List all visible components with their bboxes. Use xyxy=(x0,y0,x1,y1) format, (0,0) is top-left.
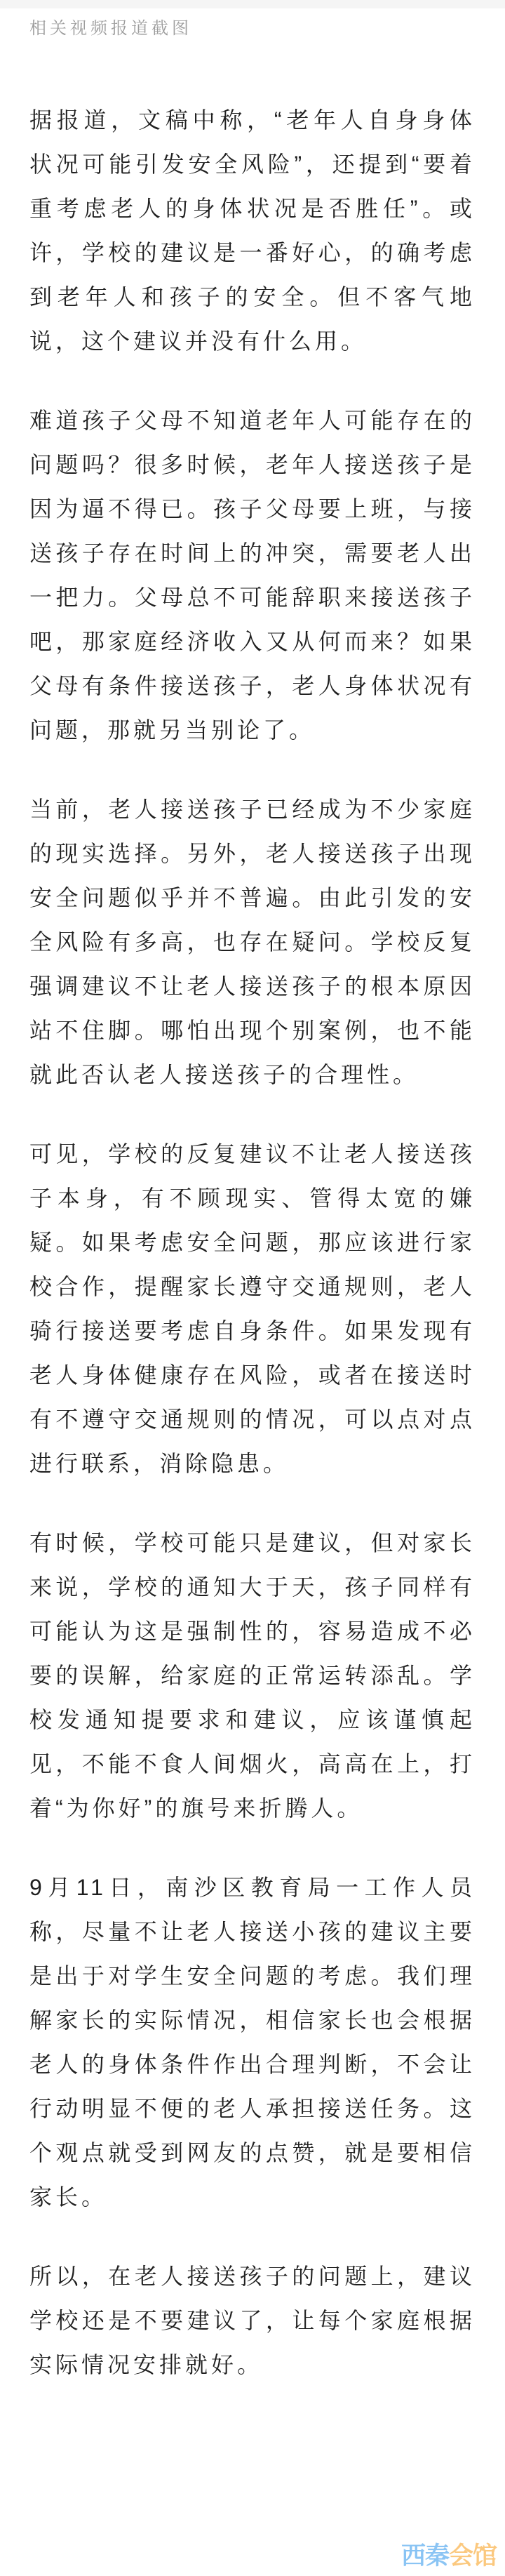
watermark: 西秦会馆 xyxy=(401,2537,497,2572)
image-bottom-edge xyxy=(0,0,505,8)
article-paragraph: 所以，在老人接送孩子的问题上，建议学校还是不要建议了，让每个家庭根据实际情况安排… xyxy=(29,2255,476,2387)
article-paragraph: 当前，老人接送孩子已经成为不少家庭的现实选择。另外，老人接送孩子出现安全问题似乎… xyxy=(29,788,476,1097)
watermark-text-xiqin: 西秦 xyxy=(401,2542,449,2570)
article-paragraph: 9月11日，南沙区教育局一工作人员称，尽量不让老人接送小孩的建议主要是出于对学生… xyxy=(29,1866,476,2219)
article-body: 据报道，文稿中称，“老年人自身身体状况可能引发安全风险”，还提到“要着重考虑老人… xyxy=(0,39,505,2387)
article-paragraph: 有时候，学校可能只是建议，但对家长来说，学校的通知大于天，孩子同样有可能认为这是… xyxy=(29,1521,476,1831)
article-paragraph: 据报道，文稿中称，“老年人自身身体状况可能引发安全风险”，还提到“要着重考虑老人… xyxy=(29,98,476,364)
image-caption: 相关视频报道截图 xyxy=(29,18,476,39)
article-paragraph: 难道孩子父母不知道老年人可能存在的问题吗？很多时候，老年人接送孩子是因为逼不得已… xyxy=(29,399,476,752)
article-paragraph: 可见，学校的反复建议不让老人接送孩子本身，有不顾现实、管得太宽的嫌疑。如果考虑安… xyxy=(29,1132,476,1486)
article-page: 相关视频报道截图 据报道，文稿中称，“老年人自身身体状况可能引发安全风险”，还提… xyxy=(0,0,505,2576)
watermark-text-huiguan: 会馆 xyxy=(449,2542,497,2570)
